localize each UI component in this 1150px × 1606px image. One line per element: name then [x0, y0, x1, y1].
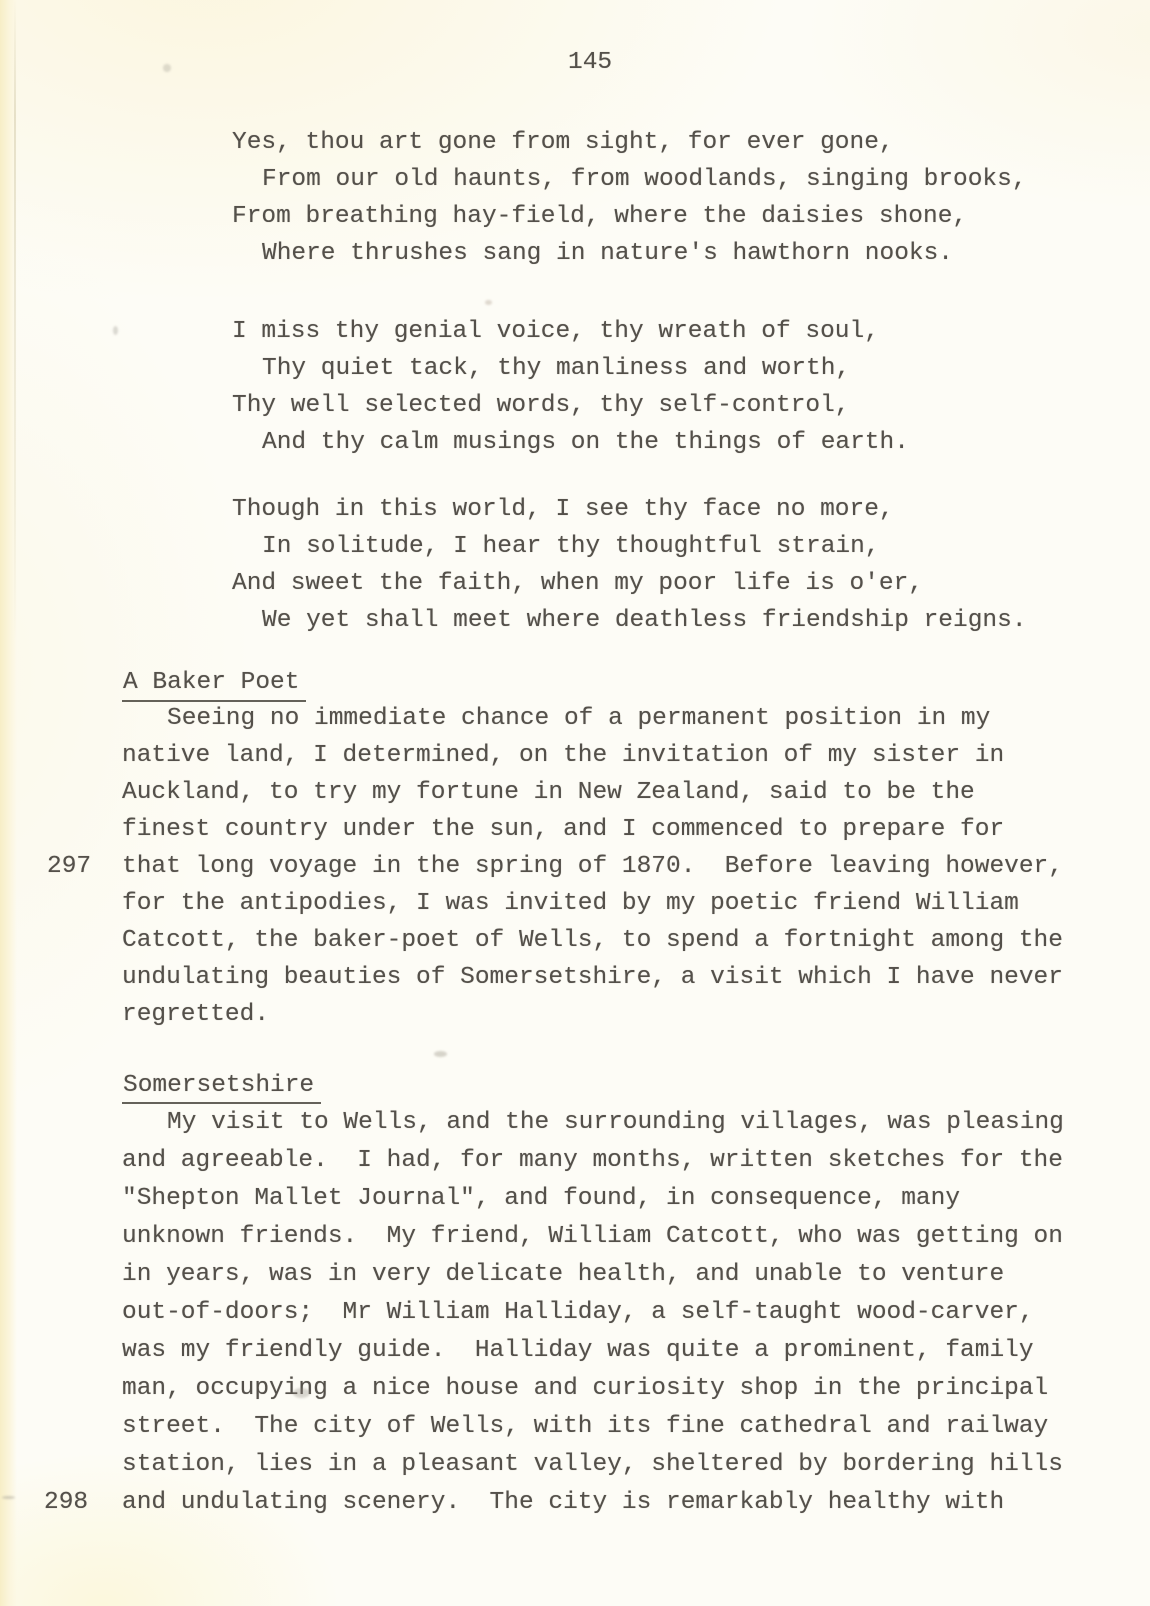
paragraph-line: for the antipodies, I was invited by my … [122, 885, 1063, 922]
poem-line: Yes, thou art gone from sight, for ever … [232, 124, 1027, 161]
scan-artifact [434, 1051, 447, 1057]
poem-line: From our old haunts, from woodlands, sin… [262, 161, 1027, 198]
scan-artifact [485, 300, 492, 305]
poem-line: From breathing hay-field, where the dais… [232, 198, 1027, 235]
poem-line: Though in this world, I see thy face no … [232, 491, 1027, 528]
paragraph-line: Auckland, to try my fortune in New Zeala… [122, 774, 1063, 811]
paragraph-line: My visit to Wells, and the surrounding v… [122, 1104, 1064, 1142]
paragraph-line: and agreeable. I had, for many months, w… [122, 1142, 1064, 1180]
paragraph-line: street. The city of Wells, with its fine… [122, 1408, 1064, 1446]
poem-line: Where thrushes sang in nature's hawthorn… [262, 235, 1027, 272]
paragraph-line: that long voyage in the spring of 1870. … [122, 848, 1063, 885]
page-number: 145 [568, 44, 612, 81]
paragraph-line: man, occupying a nice house and curiosit… [122, 1370, 1064, 1408]
scan-artifact [163, 64, 171, 72]
margin-number-297: 297 [47, 848, 91, 885]
paragraph-line: Seeing no immediate chance of a permanen… [122, 700, 1063, 737]
paragraph-line: was my friendly guide. Halliday was quit… [122, 1332, 1064, 1370]
manuscript-page: 145 Yes, thou art gone from sight, for e… [0, 0, 1150, 1606]
paragraph-line: finest country under the sun, and I comm… [122, 811, 1063, 848]
paragraph-line: out-of-doors; Mr William Halliday, a sel… [122, 1294, 1064, 1332]
paragraph-line: station, lies in a pleasant valley, shel… [122, 1446, 1064, 1484]
paragraph-line: and undulating scenery. The city is rema… [122, 1484, 1064, 1522]
paragraph-a-baker-poet: Seeing no immediate chance of a permanen… [122, 700, 1063, 1033]
poem-line: I miss thy genial voice, thy wreath of s… [232, 313, 909, 350]
section-heading-a-baker-poet: A Baker Poet [122, 669, 306, 702]
paragraph-line: native land, I determined, on the invita… [122, 737, 1063, 774]
poem-line: Thy quiet tack, thy manliness and worth, [262, 350, 909, 387]
paragraph-line: Catcott, the baker-poet of Wells, to spe… [122, 922, 1063, 959]
poem: Yes, thou art gone from sight, for ever … [232, 124, 1027, 272]
poem-line: In solitude, I hear thy thoughtful strai… [262, 528, 1027, 565]
poem-line: Thy well selected words, thy self-contro… [232, 387, 909, 424]
page-edge-line [14, 0, 16, 640]
poem-line: And thy calm musings on the things of ea… [262, 424, 909, 461]
scan-artifact [113, 326, 118, 335]
poem: I miss thy genial voice, thy wreath of s… [232, 313, 909, 461]
paragraph-line: unknown friends. My friend, William Catc… [122, 1218, 1064, 1256]
paragraph-line: "Shepton Mallet Journal", and found, in … [122, 1180, 1064, 1218]
paragraph-line: regretted. [122, 996, 1063, 1033]
paragraph-line: in years, was in very delicate health, a… [122, 1256, 1064, 1294]
paragraph-somersetshire: My visit to Wells, and the surrounding v… [122, 1104, 1064, 1522]
section-heading-somersetshire: Somersetshire [122, 1072, 321, 1104]
paragraph-line: undulating beauties of Somersetshire, a … [122, 959, 1063, 996]
margin-number-298: 298 [44, 1484, 88, 1521]
poem-line: And sweet the faith, when my poor life i… [232, 565, 1027, 602]
poem: Though in this world, I see thy face no … [232, 491, 1027, 639]
poem-line: We yet shall meet where deathless friend… [262, 602, 1027, 639]
